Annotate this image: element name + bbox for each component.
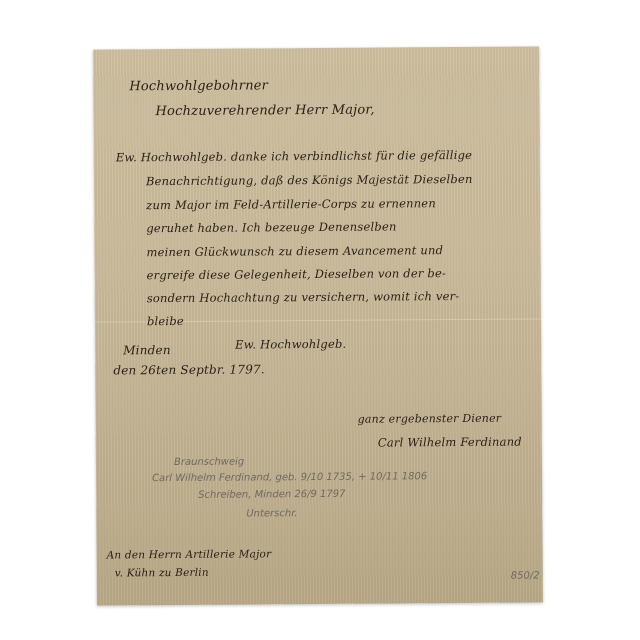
address-line: v. Kühn zu Berlin bbox=[115, 567, 209, 580]
body-line: sondern Hochachtung zu versichern, womit… bbox=[147, 289, 460, 305]
body-line: ergreife diese Gelegenheit, Dieselben vo… bbox=[147, 266, 447, 282]
catalog-number: 850/2 bbox=[511, 570, 540, 581]
pencil-note-line: Unterschr. bbox=[246, 508, 297, 519]
letter-paper: Hochwohlgebohrner Hochzuverehrender Herr… bbox=[93, 46, 543, 605]
body-line: zum Major im Feld-Artillerie-Corps zu er… bbox=[146, 196, 436, 212]
body-line: bleibe bbox=[147, 314, 184, 328]
salutation-line-1: Hochwohlgebohrner bbox=[129, 78, 268, 94]
closing-address: Ew. Hochwohlgeb. bbox=[235, 337, 346, 352]
address-line: An den Herrn Artillerie Major bbox=[107, 548, 272, 561]
body-line: meinen Glückwunsch zu diesem Avancement … bbox=[146, 243, 443, 259]
pencil-note-line: Schreiben, Minden 26/9 1797 bbox=[198, 489, 345, 501]
date: den 26ten Septbr. 1797. bbox=[113, 362, 265, 377]
salutation-line-2: Hochzuverehrender Herr Major, bbox=[155, 103, 374, 120]
body-line: geruhet haben. Ich bezeuge Denenselben bbox=[146, 219, 396, 235]
signature: Carl Wilhelm Ferdinand bbox=[378, 435, 522, 450]
place: Minden bbox=[123, 343, 171, 357]
pencil-note-line: Braunschweig bbox=[174, 457, 244, 468]
pencil-note-line: Carl Wilhelm Ferdinand, geb. 9/10 1735, … bbox=[152, 471, 427, 484]
body-line: Benachrichtigung, daß des Königs Majestä… bbox=[146, 172, 473, 188]
closing: ganz ergebenster Diener bbox=[358, 412, 502, 426]
body-line: Ew. Hochwohlgeb. danke ich verbindlichst… bbox=[116, 148, 472, 164]
